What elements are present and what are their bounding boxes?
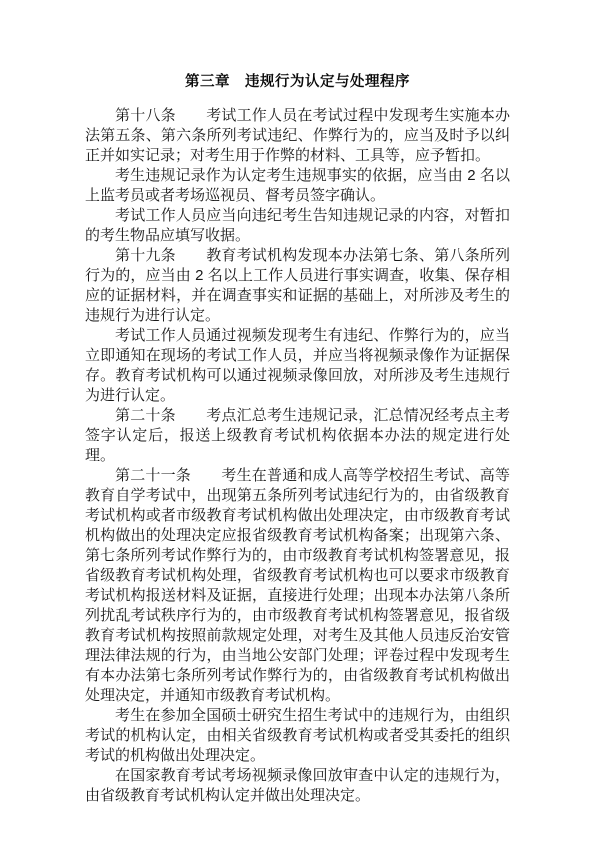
article-21-clause-3: 在国家教育考试考场视频录像回放审查中认定的违规行为，由省级教育考试机构认定并做出…	[85, 766, 510, 806]
article-18-clause-1: 第十八条 考试工作人员在考试过程中发现考生实施本办法第五条、第六条所列考试违纪、…	[85, 106, 510, 166]
chapter-title: 第三章 违规行为认定与处理程序	[85, 72, 510, 92]
article-18-clause-2: 考生违规记录作为认定考生违规事实的依据，应当由 2 名以上监考员或者考场巡视员、…	[85, 166, 510, 206]
article-21-clause-2: 考生在参加全国硕士研究生招生考试中的违规行为，由组织考试的机构认定，由相关省级教…	[85, 706, 510, 766]
article-19-clause-1: 第十九条 教育考试机构发现本办法第七条、第八条所列行为的，应当由 2 名以上工作…	[85, 246, 510, 326]
article-21-clause-1: 第二十一条 考生在普通和成人高等学校招生考试、高等教育自学考试中，出现第五条所列…	[85, 466, 510, 706]
article-18-clause-3: 考试工作人员应当向违纪考生告知违规记录的内容，对暂扣的考生物品应填写收据。	[85, 206, 510, 246]
article-19-clause-2: 考试工作人员通过视频发现考生有违纪、作弊行为的，应当立即通知在现场的考试工作人员…	[85, 326, 510, 406]
document-page: 第三章 违规行为认定与处理程序 第十八条 考试工作人员在考试过程中发现考生实施本…	[0, 0, 595, 842]
page-content: 第三章 违规行为认定与处理程序 第十八条 考试工作人员在考试过程中发现考生实施本…	[85, 72, 510, 806]
article-20: 第二十条 考点汇总考生违规记录，汇总情况经考点主考签字认定后，报送上级教育考试机…	[85, 406, 510, 466]
